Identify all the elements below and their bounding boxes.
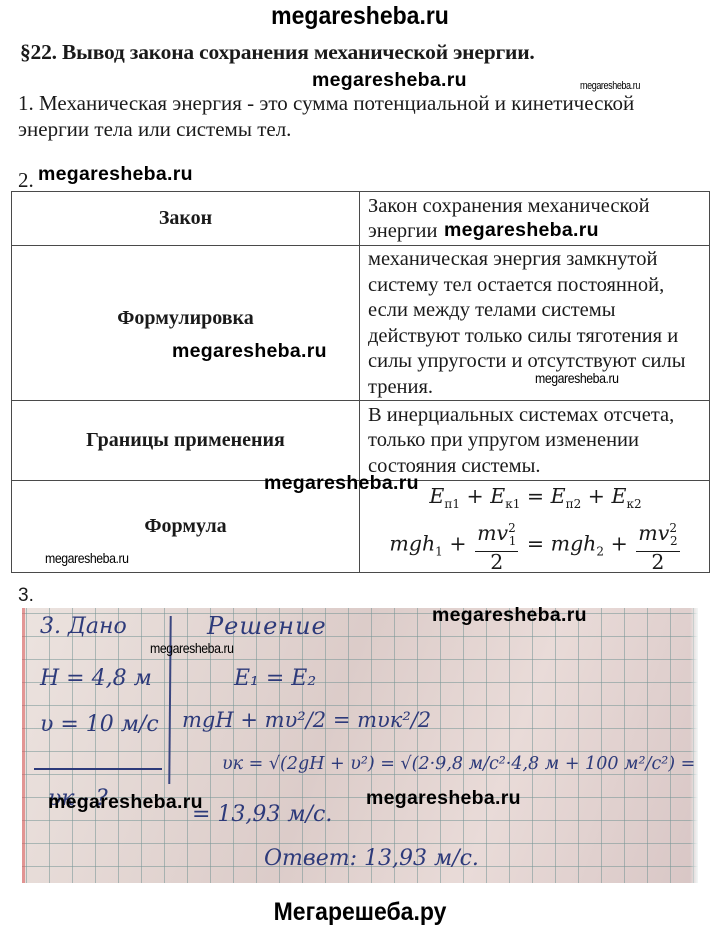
watermark: megaresheba.ru bbox=[312, 69, 467, 92]
solution-line-4: = 13,93 м/с. bbox=[192, 802, 332, 827]
watermark-small: megaresheba.ru bbox=[150, 640, 234, 656]
watermark: megaresheba.ru bbox=[264, 472, 419, 495]
item-3-number: 3. bbox=[18, 585, 34, 607]
item-1-definition: 1. Механическая энергия - это сумма поте… bbox=[18, 90, 708, 142]
table-row: Закон Закон сохранения механической энер… bbox=[12, 192, 710, 246]
solution-line-2: mgH + mυ²/2 = mυк²/2 bbox=[182, 708, 431, 732]
answer-line: Ответ: 13,93 м/с. bbox=[264, 846, 479, 871]
given-header: 3. Дано bbox=[40, 614, 127, 639]
item-2-number: 2. bbox=[18, 168, 34, 193]
solution-line-1: E₁ = E₂ bbox=[234, 666, 316, 691]
watermark-small: megaresheba.ru bbox=[45, 550, 129, 566]
row-key-formulation-label: Формулировка bbox=[12, 307, 359, 330]
watermark: megaresheba.ru bbox=[444, 219, 599, 242]
solution-line-3: υк = √(2gH + υ²) = √(2·9,8 м/с²·4,8 м + … bbox=[222, 754, 695, 774]
row-value-limits: В инерциальных системах отсчета, только … bbox=[360, 401, 710, 481]
notebook-margin-line bbox=[22, 608, 25, 883]
watermark: megaresheba.ru bbox=[432, 604, 587, 627]
site-watermark-bottom: Мегарешеба.ру bbox=[29, 898, 691, 927]
given-velocity: υ = 10 м/с bbox=[40, 712, 159, 737]
watermark: megaresheba.ru bbox=[38, 163, 193, 186]
formula-mechanical: mgh1 + mv212 = mgh2 + mv222 bbox=[368, 518, 703, 572]
row-key-law: Закон bbox=[12, 192, 360, 246]
given-underline bbox=[34, 768, 162, 770]
photo-edge bbox=[690, 608, 698, 883]
row-key-formulation: Формулировка bbox=[12, 246, 360, 401]
solution-header: Решение bbox=[207, 612, 327, 640]
watermark: megaresheba.ru bbox=[48, 791, 203, 814]
section-title: §22. Вывод закона сохранения механическо… bbox=[20, 40, 535, 65]
handwritten-solution-photo: 3. Дано Решение H = 4,8 м υ = 10 м/с υк … bbox=[22, 608, 698, 883]
row-key-limits: Границы применения bbox=[12, 401, 360, 481]
table-row: Границы применения В инерциальных систем… bbox=[12, 401, 710, 481]
watermark: megaresheba.ru bbox=[172, 340, 327, 363]
given-height: H = 4,8 м bbox=[40, 666, 152, 691]
watermark-small: megaresheba.ru bbox=[535, 370, 619, 386]
site-watermark-top: megaresheba.ru bbox=[29, 2, 691, 31]
watermark: megaresheba.ru bbox=[366, 787, 521, 810]
